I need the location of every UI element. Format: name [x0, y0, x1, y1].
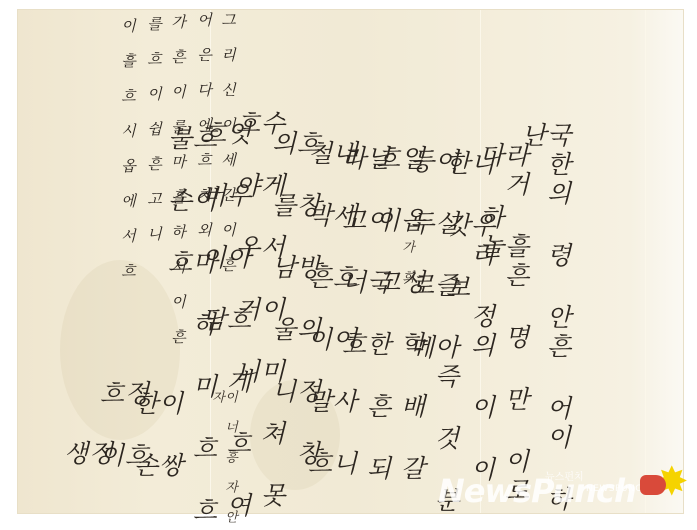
- paper-fold-line: [645, 10, 646, 513]
- top-left-column: 어 은 다 에 흐 치 외: [196, 12, 211, 238]
- top-left-column: 그 리 신 이 세 간 이 흔: [220, 12, 235, 273]
- interlinear-note: 가 희: [400, 240, 413, 284]
- boxing-glove-icon: [640, 475, 666, 495]
- top-left-column: 이 흘 흐 시 옵 에 서 흐: [120, 18, 135, 279]
- top-left-column: 를 흐 이 쉽 흔 고 니: [146, 16, 161, 242]
- signature: 정 생: [62, 440, 112, 530]
- watermark-korean: 뉴스펀치: [545, 468, 584, 483]
- interlinear-note: 이 너 흥 자 안 자: [210, 390, 236, 530]
- top-left-column: 가 흔 이 를 마 흘 하 서 이 흔: [170, 14, 185, 345]
